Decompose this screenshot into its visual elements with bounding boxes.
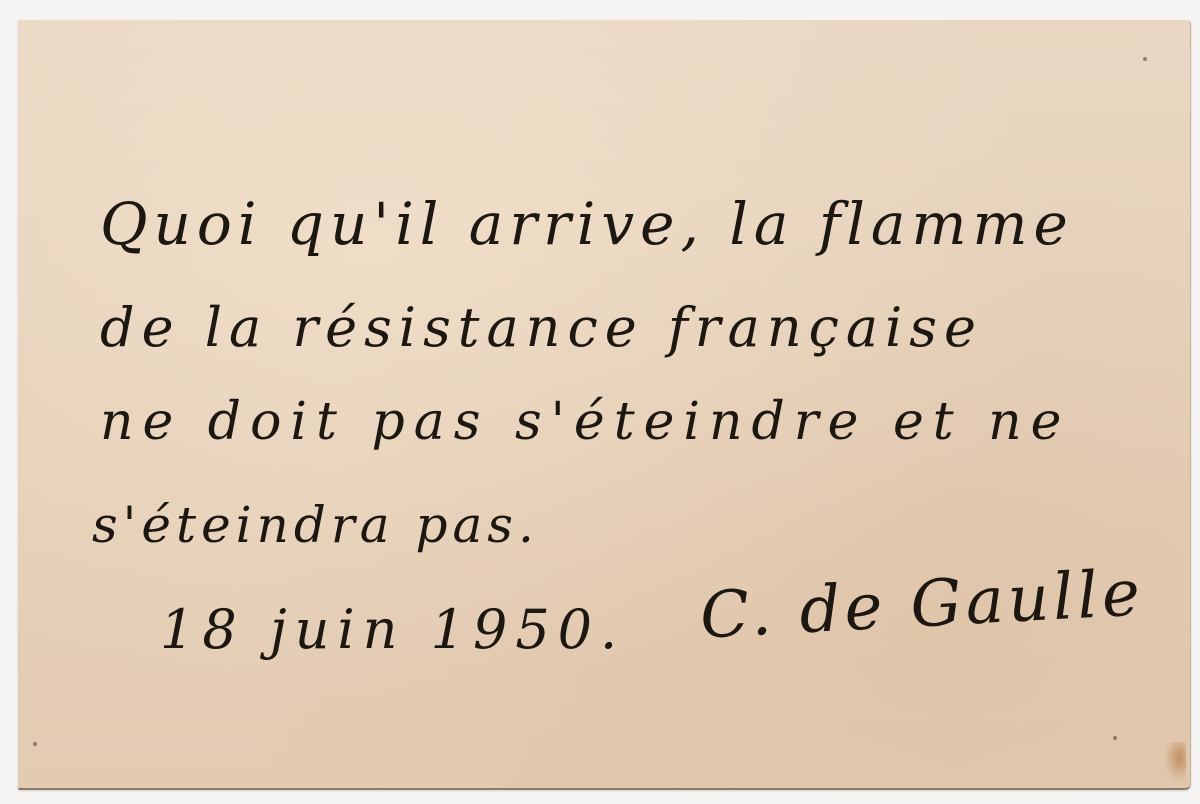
handwritten-line-1: Quoi qu'il arrive, la flamme	[100, 190, 1074, 258]
paper-stain	[1164, 742, 1186, 782]
handwritten-line-2: de la résistance française	[100, 296, 983, 359]
paper-speck	[1143, 57, 1147, 61]
handwritten-line-3: ne doit pas s'éteindre et ne	[100, 392, 1070, 452]
scan-background: Quoi qu'il arrive, la flamme de la résis…	[0, 0, 1200, 804]
handwritten-date: 18 juin 1950.	[160, 598, 625, 661]
handwritten-line-4: s'éteindra pas.	[92, 496, 539, 554]
paper-speck	[1113, 736, 1117, 740]
paper-speck	[33, 742, 37, 746]
